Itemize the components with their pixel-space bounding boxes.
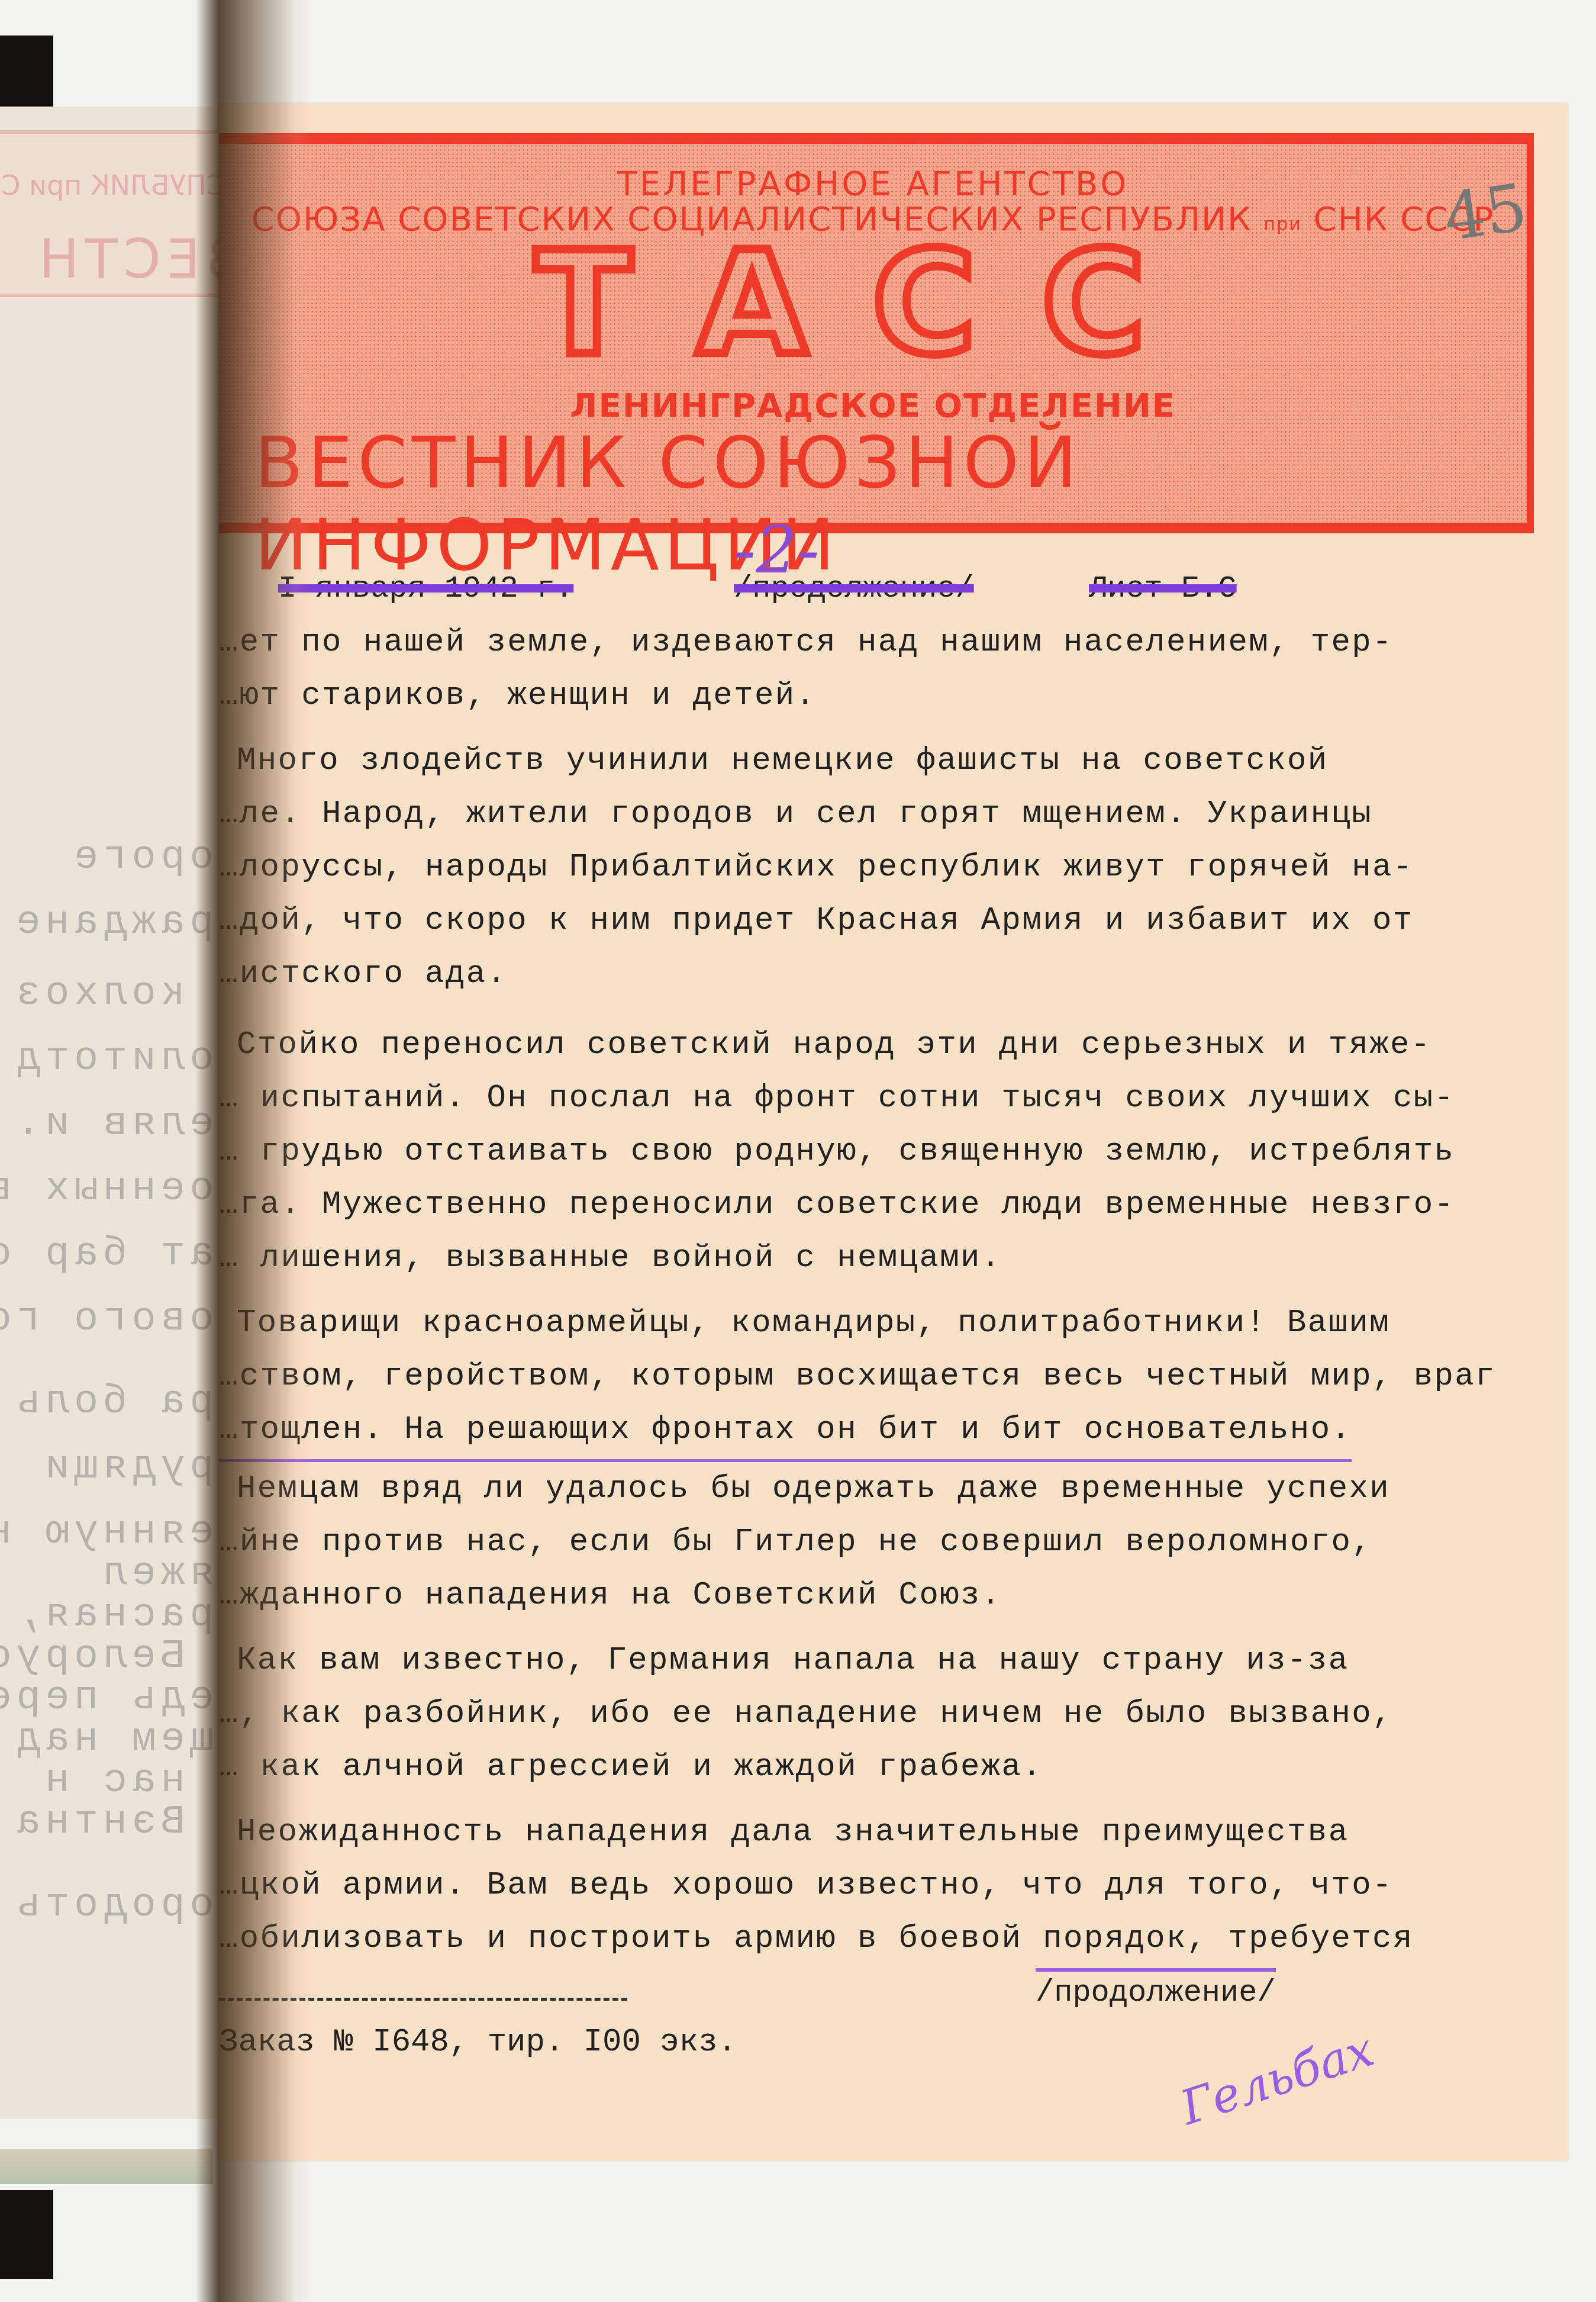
binder-clip-top xyxy=(0,36,53,107)
ghost-header-line: ЕСПУБЛИК при СНК СССР xyxy=(0,169,243,201)
ghost-line: Ура боль xyxy=(0,1379,243,1425)
text-line: … как алчной агрессией и жаждой грабежа. xyxy=(219,1749,1043,1814)
tass-masthead: ТЕЛЕГРАФНОЕ АГЕНТСТВО СОЮЗА СОВЕТСКИХ СО… xyxy=(219,133,1534,533)
text-line: …ют стариков, женщин и детей. xyxy=(219,678,816,743)
dateline-sheet: Лист Б.С xyxy=(1089,571,1237,606)
ghost-line: военных в xyxy=(0,1166,243,1212)
pencil-folio-mark: 45 xyxy=(1439,169,1531,256)
binder-clip-bottom xyxy=(0,2190,53,2279)
masthead-bulletin-title: ВЕСТНИК СОЮЗНОЙ ИНФОРМАЦИИ xyxy=(237,422,1527,587)
ghost-line: Ведь пере xyxy=(0,1675,243,1721)
ghost-line: Красная, Кр xyxy=(0,1592,243,1638)
ghost-line: и Белорусс xyxy=(0,1634,243,1679)
dateline: I января 1942 г. /продолжение/ Лист Б.С xyxy=(219,565,1521,619)
ghost-line: Граждане xyxy=(0,900,243,945)
document-sheet: ТЕЛЕГРАФНОЕ АГЕНТСТВО СОЮЗА СОВЕТСКИХ СО… xyxy=(219,104,1568,2161)
masthead-tass-logo: ТАСС xyxy=(219,233,1527,375)
ghost-line: городоть xyxy=(0,1882,243,1928)
masthead-agency-line: ТЕЛЕГРАФНОЕ АГЕНТСТВО xyxy=(219,165,1527,203)
ghost-line: Дороге xyxy=(0,835,243,880)
handwritten-signature: Гельбах xyxy=(1174,2021,1381,2135)
ghost-line: У нас н xyxy=(0,1758,243,1804)
continuation-marker: /продолжение/ xyxy=(1036,1968,1276,2010)
ghost-line: ищем над ми xyxy=(0,1717,243,1762)
ghost-line: и колхоз xyxy=(0,971,243,1016)
footer-rule xyxy=(219,1998,627,2001)
binder-edge-strip xyxy=(0,2149,213,2184)
masthead-branch: ЛЕНИНГРАДСКОЕ ОТДЕЛЕНИЕ xyxy=(219,387,1527,425)
ghost-header-title: ВЕСТН xyxy=(0,228,243,291)
dateline-status: /продолжение/ xyxy=(734,571,974,606)
text-line: …жданного нападения на Советский Союз. xyxy=(219,1577,1002,1643)
ghost-line: рат бар с xyxy=(0,1231,243,1277)
footer-order-number: Заказ № I648, тир. I00 экз. xyxy=(219,2024,737,2060)
ghost-line: деляв и. П xyxy=(0,1101,243,1147)
dateline-date: I января 1942 г. xyxy=(278,571,573,606)
text-line-underlined: …тощлен. На решающих фронтах он бит и би… xyxy=(219,1412,1352,1462)
ghost-line: Нового го xyxy=(0,1296,243,1342)
ghost-line: политотд xyxy=(0,1036,243,1081)
text-line: …истского ада. xyxy=(219,956,507,1021)
ghost-line: и Вэнтна xyxy=(0,1799,243,1845)
text-line: … лишения, вызванные войной с немцами. xyxy=(219,1240,1002,1305)
masthead-pri: при xyxy=(1264,214,1302,235)
ghost-line: Тяжел xyxy=(0,1551,243,1596)
ghost-line: сеянную но xyxy=(0,1509,243,1555)
adjacent-left-page: ЕСПУБЛИК при СНК СССР ВЕСТН Дороге Гражд… xyxy=(0,107,249,2119)
ghost-line: Трудящи xyxy=(0,1444,243,1490)
ghost-masthead: ЕСПУБЛИК при СНК СССР ВЕСТН xyxy=(0,130,249,297)
